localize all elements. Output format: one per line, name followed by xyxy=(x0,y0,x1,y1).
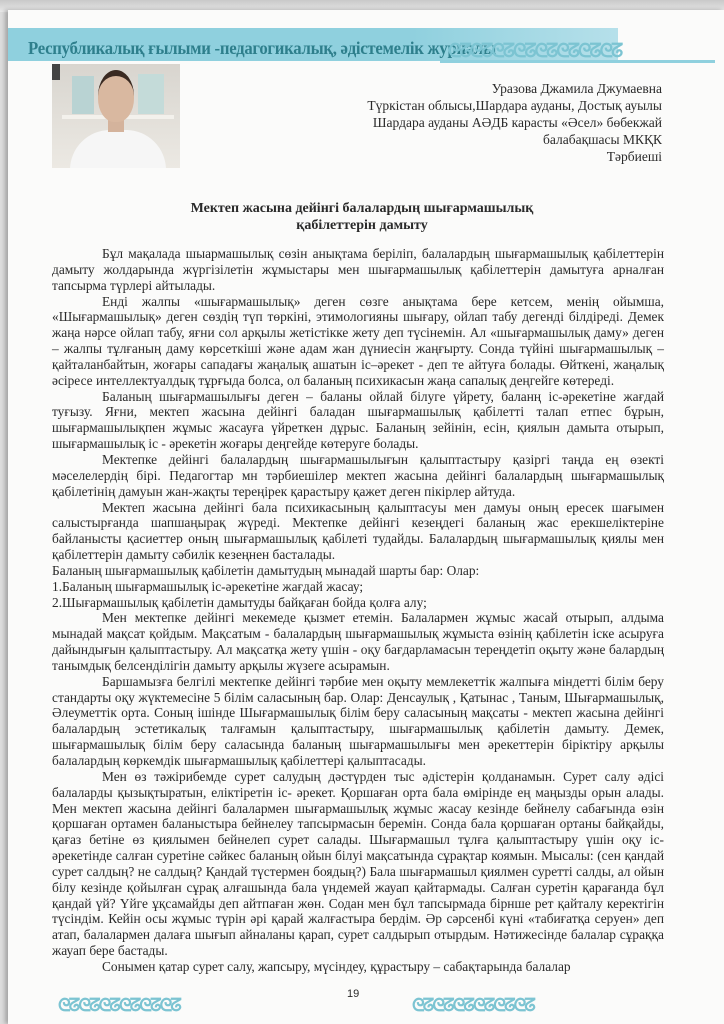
paragraph: Мен өз тәжірибемде сурет салудың дәстүрд… xyxy=(52,769,664,959)
author-institution-cont: балабақшасы МКҚК xyxy=(367,131,662,148)
article-title: Мектеп жасына дейінгі балалардың шығарма… xyxy=(0,200,724,234)
paragraph: Мектеп жасына дейінгі бала психикасының … xyxy=(52,500,664,563)
journal-title: Республикалық ғылыми -педагогикалық, әді… xyxy=(28,38,496,59)
author-block: Уразова Джамила Джумаевна Түркістан облы… xyxy=(367,80,662,165)
paragraph: Мен мектепке дейінгі мекемеде қызмет ете… xyxy=(52,610,664,673)
ornament-bottom-left-icon: ᘓᘔᘓᘔᘓᘔᘓᘔᘓᘔᘓᘔ xyxy=(58,995,180,1016)
paragraph: Баланың шығармашылығы деген – баланы ойл… xyxy=(52,389,664,452)
paragraph: Баршамызға белгілі мектепке дейінгі тәрб… xyxy=(52,674,664,769)
condition-item: 2.Шығармашылық қабілетін дамытуды байқағ… xyxy=(52,595,664,611)
paragraph: Мектепке дейінгі балалардың шығармашылығ… xyxy=(52,452,664,500)
article-title-line-2: қабілеттерін дамыту xyxy=(0,217,724,234)
author-name: Уразова Джамила Джумаевна xyxy=(367,80,662,97)
ornament-bottom-right-icon: ᘓᘔᘓᘔᘓᘔᘓᘔᘓᘔᘓᘔ xyxy=(412,995,534,1016)
paragraph: Енді жалпы «шығармашылық» деген сөзге ан… xyxy=(52,294,664,389)
author-institution: Шардара ауданы АӘДБ карасты «Әсел» бөбек… xyxy=(367,114,662,131)
ornament-top-icon: ᘓᘔᘓᘔᘓᘔᘓᘔᘓᘔᘓᘔᘓᘔᘓᘔ xyxy=(448,40,621,62)
paragraph: Сонымен қатар сурет салу, жапсыру, мүсін… xyxy=(52,959,664,975)
article-body: Бұл мақалада шыармашылық сөзін анықтама … xyxy=(52,246,664,975)
article-title-line-1: Мектеп жасына дейінгі балалардың шығарма… xyxy=(0,200,724,217)
author-position: Тәрбиеші xyxy=(367,148,662,165)
author-location: Түркістан облысы,Шардара ауданы, Достық … xyxy=(367,97,662,114)
page-number: 19 xyxy=(347,988,359,1000)
conditions-intro: Баланың шығармашылық қабілетін дамытудың… xyxy=(52,563,664,579)
condition-item: 1.Баланың шығармашылық іс-әрекетіне жағд… xyxy=(52,579,664,595)
author-photo xyxy=(52,64,180,168)
paragraph: Бұл мақалада шыармашылық сөзін анықтама … xyxy=(52,246,664,294)
